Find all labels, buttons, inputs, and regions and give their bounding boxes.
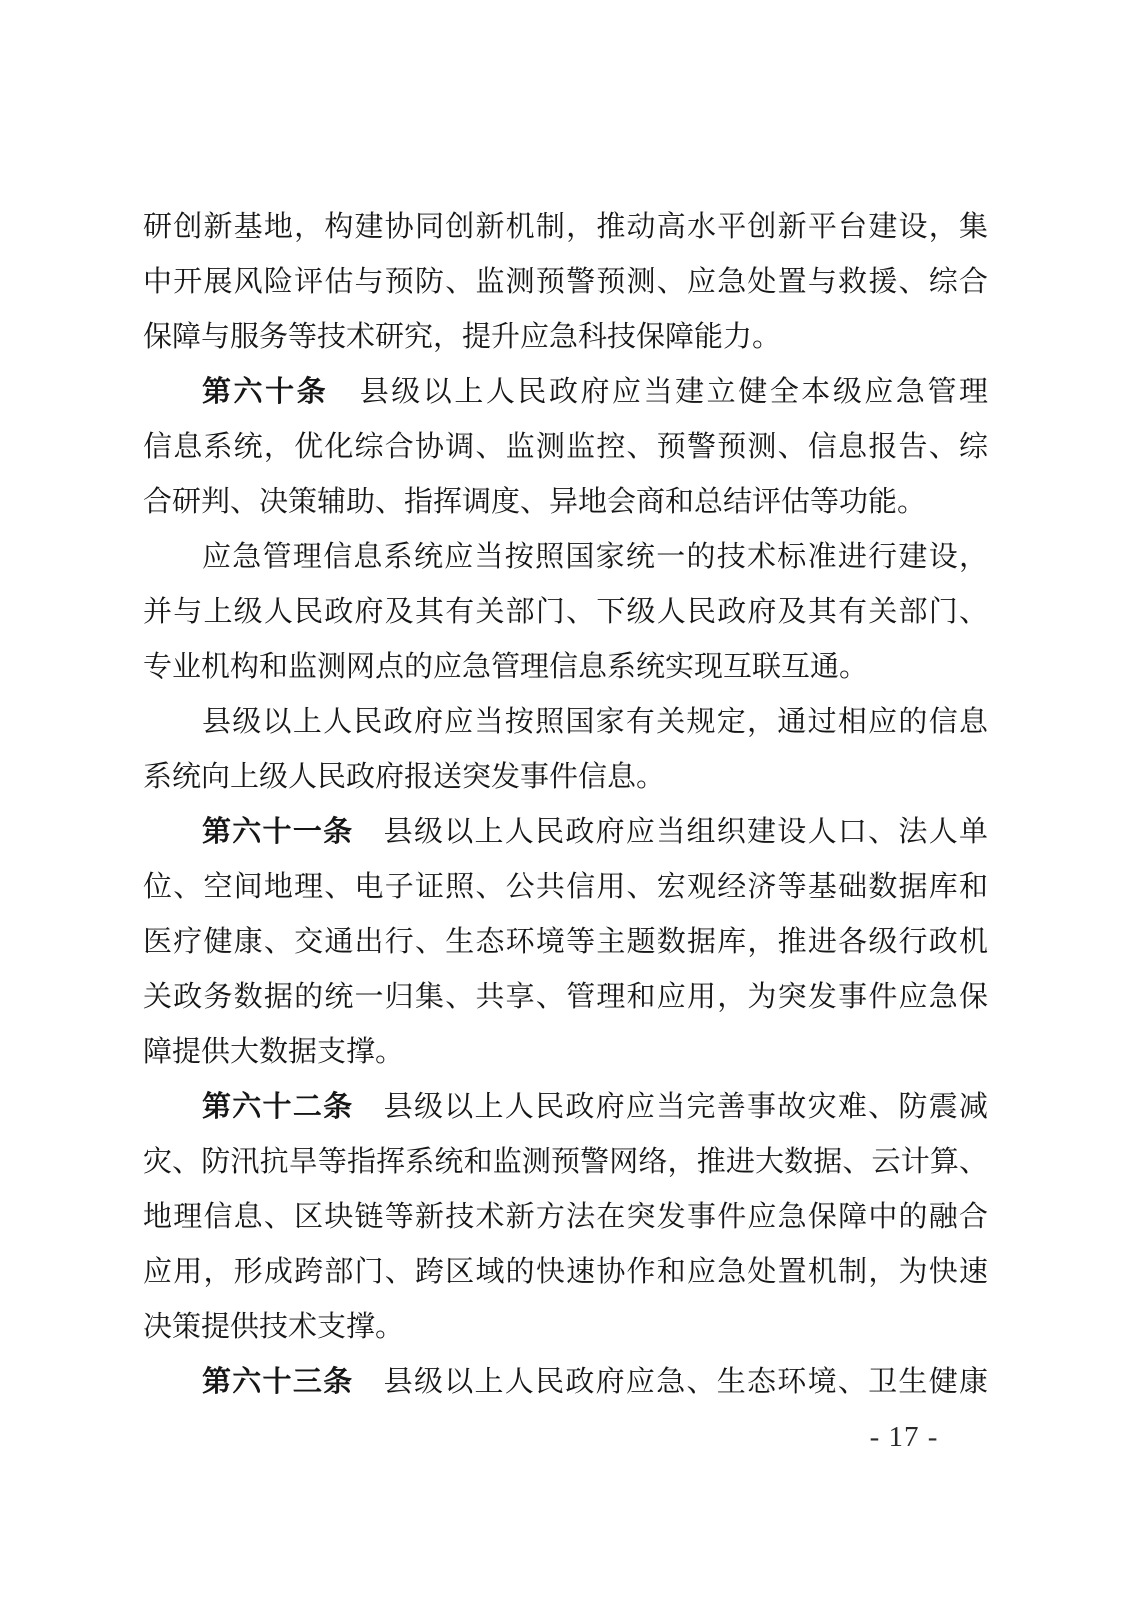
text-line: 决策提供技术支撑。 xyxy=(143,1300,988,1355)
text-segment: 医疗健康、交通出行、生态环境等主题数据库，推进各级行政机 xyxy=(143,926,988,958)
text-segment: 关政务数据的统一归集、共享、管理和应用，为突发事件应急保 xyxy=(143,981,988,1013)
text-segment: 系统向上级人民政府报送突发事件信息。 xyxy=(143,761,665,793)
article-number: 第六十三条 xyxy=(202,1366,353,1398)
body-text-block: 研创新基地，构建协同创新机制，推动高水平创新平台建设，集中开展风险评估与预防、监… xyxy=(143,200,988,1410)
article-number: 第六十一条 xyxy=(202,816,353,848)
text-line: 第六十二条 县级以上人民政府应当完善事故灾难、防震减 xyxy=(143,1080,988,1135)
article-number: 第六十二条 xyxy=(202,1091,353,1123)
text-line: 系统向上级人民政府报送突发事件信息。 xyxy=(143,750,988,805)
text-segment: 县级以上人民政府应当组织建设人口、法人单 xyxy=(353,816,988,848)
text-line: 位、空间地理、电子证照、公共信用、宏观经济等基础数据库和 xyxy=(143,860,988,915)
text-segment: 信息系统，优化综合协调、监测监控、预警预测、信息报告、综 xyxy=(143,431,988,463)
text-segment: 位、空间地理、电子证照、公共信用、宏观经济等基础数据库和 xyxy=(143,871,988,903)
text-segment: 县级以上人民政府应当建立健全本级应急管理 xyxy=(328,376,988,408)
text-line: 研创新基地，构建协同创新机制，推动高水平创新平台建设，集 xyxy=(143,200,988,255)
text-line: 县级以上人民政府应当按照国家有关规定，通过相应的信息 xyxy=(143,695,988,750)
paragraph: 研创新基地，构建协同创新机制，推动高水平创新平台建设，集中开展风险评估与预防、监… xyxy=(143,200,988,365)
page-number: - 17 - xyxy=(843,1419,965,1455)
text-segment: 决策提供技术支撑。 xyxy=(143,1311,404,1343)
paragraph: 应急管理信息系统应当按照国家统一的技术标准进行建设，并与上级人民政府及其有关部门… xyxy=(143,530,988,695)
text-line: 中开展风险评估与预防、监测预警预测、应急处置与救援、综合 xyxy=(143,255,988,310)
text-line: 医疗健康、交通出行、生态环境等主题数据库，推进各级行政机 xyxy=(143,915,988,970)
document-page: 研创新基地，构建协同创新机制，推动高水平创新平台建设，集中开展风险评估与预防、监… xyxy=(0,0,1132,1600)
text-line: 灾、防汛抗旱等指挥系统和监测预警网络，推进大数据、云计算、 xyxy=(143,1135,988,1190)
text-segment: 县级以上人民政府应当完善事故灾难、防震减 xyxy=(353,1091,988,1123)
text-line: 障提供大数据支撑。 xyxy=(143,1025,988,1080)
text-segment: 并与上级人民政府及其有关部门、下级人民政府及其有关部门、 xyxy=(143,596,988,628)
text-line: 第六十一条 县级以上人民政府应当组织建设人口、法人单 xyxy=(143,805,988,860)
text-segment: 研创新基地，构建协同创新机制，推动高水平创新平台建设，集 xyxy=(143,211,988,243)
text-segment: 县级以上人民政府应急、生态环境、卫生健康 xyxy=(353,1366,988,1398)
paragraph: 第六十一条 县级以上人民政府应当组织建设人口、法人单位、空间地理、电子证照、公共… xyxy=(143,805,988,1080)
text-line: 专业机构和监测网点的应急管理信息系统实现互联互通。 xyxy=(143,640,988,695)
text-segment: 保障与服务等技术研究，提升应急科技保障能力。 xyxy=(143,321,781,353)
text-segment: 中开展风险评估与预防、监测预警预测、应急处置与救援、综合 xyxy=(143,266,988,298)
text-line: 并与上级人民政府及其有关部门、下级人民政府及其有关部门、 xyxy=(143,585,988,640)
text-segment: 应急管理信息系统应当按照国家统一的技术标准进行建设， xyxy=(202,541,988,573)
text-segment: 应用，形成跨部门、跨区域的快速协作和应急处置机制，为快速 xyxy=(143,1256,988,1288)
paragraph: 县级以上人民政府应当按照国家有关规定，通过相应的信息系统向上级人民政府报送突发事… xyxy=(143,695,988,805)
article-number: 第六十条 xyxy=(202,376,328,408)
text-line: 第六十三条 县级以上人民政府应急、生态环境、卫生健康 xyxy=(143,1355,988,1410)
text-line: 地理信息、区块链等新技术新方法在突发事件应急保障中的融合 xyxy=(143,1190,988,1245)
text-segment: 专业机构和监测网点的应急管理信息系统实现互联互通。 xyxy=(143,651,868,683)
text-segment: 合研判、决策辅助、指挥调度、异地会商和总结评估等功能。 xyxy=(143,486,926,518)
text-segment: 地理信息、区块链等新技术新方法在突发事件应急保障中的融合 xyxy=(143,1201,988,1233)
paragraph: 第六十三条 县级以上人民政府应急、生态环境、卫生健康 xyxy=(143,1355,988,1410)
text-line: 应用，形成跨部门、跨区域的快速协作和应急处置机制，为快速 xyxy=(143,1245,988,1300)
text-segment: 灾、防汛抗旱等指挥系统和监测预警网络，推进大数据、云计算、 xyxy=(143,1146,988,1178)
text-segment: 县级以上人民政府应当按照国家有关规定，通过相应的信息 xyxy=(202,706,988,738)
text-line: 合研判、决策辅助、指挥调度、异地会商和总结评估等功能。 xyxy=(143,475,988,530)
text-line: 第六十条 县级以上人民政府应当建立健全本级应急管理 xyxy=(143,365,988,420)
text-line: 信息系统，优化综合协调、监测监控、预警预测、信息报告、综 xyxy=(143,420,988,475)
text-line: 关政务数据的统一归集、共享、管理和应用，为突发事件应急保 xyxy=(143,970,988,1025)
paragraph: 第六十条 县级以上人民政府应当建立健全本级应急管理信息系统，优化综合协调、监测监… xyxy=(143,365,988,530)
text-line: 应急管理信息系统应当按照国家统一的技术标准进行建设， xyxy=(143,530,988,585)
text-line: 保障与服务等技术研究，提升应急科技保障能力。 xyxy=(143,310,988,365)
paragraph: 第六十二条 县级以上人民政府应当完善事故灾难、防震减灾、防汛抗旱等指挥系统和监测… xyxy=(143,1080,988,1355)
text-segment: 障提供大数据支撑。 xyxy=(143,1036,404,1068)
